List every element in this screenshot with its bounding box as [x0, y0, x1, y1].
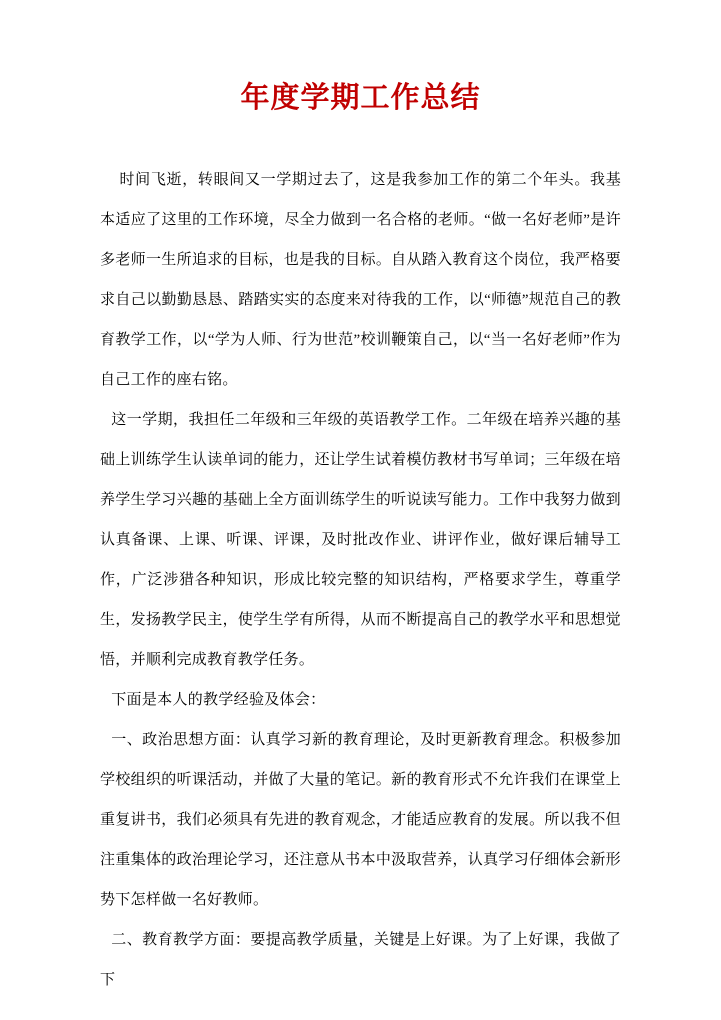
document-body: 时间飞逝，转眼间又一学期过去了，这是我参加工作的第二个年头。我基本适应了这里的工… [100, 160, 621, 1000]
paragraph-political-thought: 一、政治思想方面：认真学习新的教育理论，及时更新教育理念。积极参加学校组织的听课… [100, 720, 621, 920]
document-title: 年度学期工作总结 [100, 82, 621, 114]
paragraph-education-teaching: 二、教育教学方面：要提高教学质量，关键是上好课。为了上好课，我做了下 [100, 920, 621, 1000]
paragraph-experience-lead-in: 下面是本人的教学经验及体会： [100, 680, 621, 720]
paragraph-semester-overview: 这一学期，我担任二年级和三年级的英语教学工作。二年级在培养兴趣的基础上训练学生认… [100, 400, 621, 680]
paragraph-intro: 时间飞逝，转眼间又一学期过去了，这是我参加工作的第二个年头。我基本适应了这里的工… [100, 160, 621, 400]
document-page: 年度学期工作总结 时间飞逝，转眼间又一学期过去了，这是我参加工作的第二个年头。我… [0, 0, 721, 1020]
